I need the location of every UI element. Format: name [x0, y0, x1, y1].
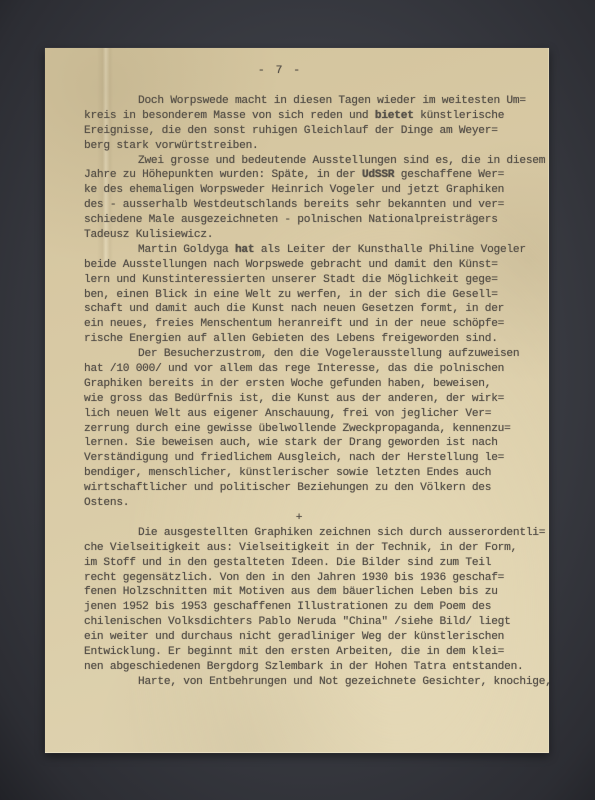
scan-background: - 7 - Doch Worpswede macht in diesen Tag…	[0, 0, 595, 800]
text-line: Verständigung und friedlichem Ausgleich,…	[84, 451, 540, 466]
document-page: - 7 - Doch Worpswede macht in diesen Tag…	[45, 48, 549, 753]
text-line: Der Besucherzustrom, den die Vogelerauss…	[84, 347, 540, 362]
text-line: hat /10 000/ und vor allem das rege Inte…	[84, 362, 540, 377]
text-line: Zwei grosse und bedeutende Ausstellungen…	[84, 154, 540, 169]
text-line: ke des ehemaligen Worpsweder Heinrich Vo…	[84, 183, 540, 198]
text-line: Entwicklung. Er beginnt mit den ersten A…	[84, 645, 540, 660]
text-line: wie gross das Bedürfnis ist, die Kunst a…	[84, 392, 540, 407]
text-line: kreis in besonderem Masse von sich reden…	[84, 109, 540, 124]
text-line: Ostens.	[84, 496, 540, 511]
text-line: berg stark vorwürtstreiben.	[84, 139, 540, 154]
separator-mark: +	[84, 511, 540, 526]
text-line: bendiger, menschlicher, künstlerischer s…	[84, 466, 540, 481]
text-line: Ereignisse, die den sonst ruhigen Gleich…	[84, 124, 540, 139]
text-line: zerrung durch eine gewisse übelwollende …	[84, 422, 540, 437]
text-line: Tadeusz Kulisiewicz.	[84, 228, 540, 243]
text-line: ben, einen Blick in eine Welt zu werfen,…	[84, 288, 540, 303]
text-line: im Stoff und in den gestalteten Ideen. D…	[84, 556, 540, 571]
text-line: rische Energien auf allen Gebieten des L…	[84, 332, 540, 347]
text-line: Doch Worpswede macht in diesen Tagen wie…	[84, 94, 540, 109]
text-line: che Vielseitigkeit aus: Vielseitigkeit i…	[84, 541, 540, 556]
text-line: Jahre zu Höhepunkten wurden: Späte, in d…	[84, 168, 540, 183]
text-line: Graphiken bereits in der ersten Woche ge…	[84, 377, 540, 392]
text-line: jenen 1952 bis 1953 geschaffenen Illustr…	[84, 600, 540, 615]
text-line: des - ausserhalb Westdeutschlands bereit…	[84, 198, 540, 213]
text-line: lernen. Sie beweisen auch, wie stark der…	[84, 436, 540, 451]
text-line: schiedene Male ausgezeichneten - polnisc…	[84, 213, 540, 228]
text-line: beide Ausstellungen nach Worpswede gebra…	[84, 258, 540, 273]
text-line: lern und Kunstinteressierten unserer Sta…	[84, 273, 540, 288]
text-line: ein neues, freies Menschentum heranreift…	[84, 317, 540, 332]
text-line: chilenischen Volksdichters Pablo Neruda …	[84, 615, 540, 630]
text-line: schaft und damit auch die Kunst nach neu…	[84, 302, 540, 317]
text-line: recht gegensätzlich. Von den in den Jahr…	[84, 571, 540, 586]
typewritten-text: Doch Worpswede macht in diesen Tagen wie…	[84, 94, 540, 690]
text-line: Martin Goldyga hat als Leiter der Kunsth…	[84, 243, 540, 258]
page-number: - 7 -	[45, 65, 515, 77]
text-line: Harte, von Entbehrungen und Not gezeichn…	[84, 675, 540, 690]
text-line: Die ausgestellten Graphiken zeichnen sic…	[84, 526, 540, 541]
text-line: nen abgeschiedenen Bergdorg Szlembark in…	[84, 660, 540, 675]
text-line: wirtschaftlicher und politischer Beziehu…	[84, 481, 540, 496]
text-line: lich neuen Welt aus eigener Anschauung, …	[84, 407, 540, 422]
text-line: ein weiter und durchaus nicht geradlinig…	[84, 630, 540, 645]
text-line: fenen Holzschnitten mit Motiven aus dem …	[84, 585, 540, 600]
